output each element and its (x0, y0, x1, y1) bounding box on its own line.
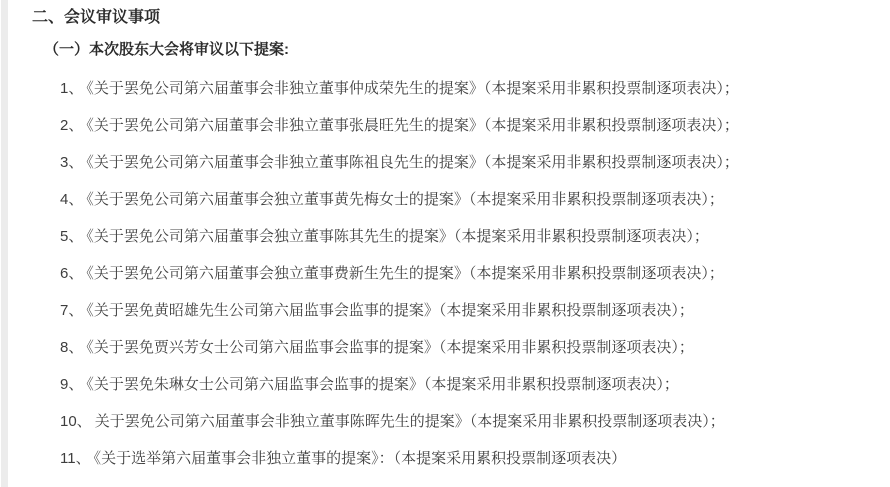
proposal-item-6: 6、《关于罢免公司第六届董事会独立董事费新生先生的提案》（本提案采用非累积投票制… (60, 265, 890, 282)
proposal-number: 3、 (60, 154, 83, 171)
proposal-item-4: 4、《关于罢免公司第六届董事会独立董事黄先梅女士的提案》（本提案采用非累积投票制… (60, 191, 890, 208)
proposal-number: 7、 (60, 302, 83, 319)
proposal-number: 10、 (60, 413, 92, 430)
proposal-text: 《关于罢免黄昭雄先生公司第六届监事会监事的提案》（本提案采用非累积投票制逐项表决… (86, 302, 694, 319)
proposal-item-5: 5、《关于罢免公司第六届董事会独立董事陈其先生的提案》（本提案采用非累积投票制逐… (60, 228, 890, 245)
proposal-text: 《关于罢免公司第六届董事会独立董事黄先梅女士的提案》（本提案采用非累积投票制逐项… (86, 191, 724, 208)
proposal-text: 《关于罢免朱琳女士公司第六届监事会监事的提案》（本提案采用非累积投票制逐项表决）… (86, 376, 679, 393)
proposal-number: 11、 (60, 450, 91, 467)
proposal-text: 《关于罢免公司第六届董事会非独立董事仲成荣先生的提案》（本提案采用非累积投票制逐… (86, 80, 739, 97)
proposal-text: 关于罢免公司第六届董事会非独立董事陈晖先生的提案》（本提案采用非累积投票制逐项表… (95, 413, 725, 430)
proposal-item-7: 7、《关于罢免黄昭雄先生公司第六届监事会监事的提案》（本提案采用非累积投票制逐项… (60, 302, 890, 319)
proposal-text: 《关于罢免公司第六届董事会非独立董事张晨旺先生的提案》（本提案采用非累积投票制逐… (86, 117, 739, 134)
subsection-title: （一）本次股东大会将审议以下提案: (44, 41, 890, 58)
proposal-number: 9、 (60, 376, 83, 393)
proposal-number: 4、 (60, 191, 83, 208)
proposal-text: 《关于罢免公司第六届董事会独立董事费新生先生的提案》（本提案采用非累积投票制逐项… (86, 265, 724, 282)
proposal-item-9: 9、《关于罢免朱琳女士公司第六届监事会监事的提案》（本提案采用非累积投票制逐项表… (60, 376, 890, 393)
proposal-item-11: 11、《关于选举第六届董事会非独立董事的提案》：（本提案采用累积投票制逐项表决） (60, 450, 890, 467)
proposal-text: 《关于罢免贾兴芳女士公司第六届监事会监事的提案》（本提案采用非累积投票制逐项表决… (86, 339, 694, 356)
proposal-item-2: 2、《关于罢免公司第六届董事会非独立董事张晨旺先生的提案》（本提案采用非累积投票… (60, 117, 890, 134)
proposal-number: 2、 (60, 117, 83, 134)
proposal-item-1: 1、《关于罢免公司第六届董事会非独立董事仲成荣先生的提案》（本提案采用非累积投票… (60, 80, 890, 97)
proposal-list: 1、《关于罢免公司第六届董事会非独立董事仲成荣先生的提案》（本提案采用非累积投票… (60, 80, 890, 467)
proposal-item-8: 8、《关于罢免贾兴芳女士公司第六届监事会监事的提案》（本提案采用非累积投票制逐项… (60, 339, 890, 356)
proposal-item-10: 10、关于罢免公司第六届董事会非独立董事陈晖先生的提案》（本提案采用非累积投票制… (60, 413, 890, 430)
proposal-number: 8、 (60, 339, 83, 356)
document-page: 二、会议审议事项 （一）本次股东大会将审议以下提案: 1、《关于罢免公司第六届董… (32, 9, 890, 487)
proposal-number: 1、 (60, 80, 83, 97)
proposal-text: 《关于选举第六届董事会非独立董事的提案》：（本提案采用累积投票制逐项表决） (94, 450, 627, 467)
proposal-number: 5、 (60, 228, 83, 245)
proposal-text: 《关于罢免公司第六届董事会独立董事陈其先生的提案》（本提案采用非累积投票制逐项表… (86, 228, 709, 245)
document-viewport: 二、会议审议事项 （一）本次股东大会将审议以下提案: 1、《关于罢免公司第六届董… (0, 0, 890, 487)
proposal-item-3: 3、《关于罢免公司第六届董事会非独立董事陈祖良先生的提案》（本提案采用非累积投票… (60, 154, 890, 171)
left-edge-gutter (1, 0, 8, 487)
section-title: 二、会议审议事项 (32, 9, 890, 27)
proposal-number: 6、 (60, 265, 83, 282)
proposal-text: 《关于罢免公司第六届董事会非独立董事陈祖良先生的提案》（本提案采用非累积投票制逐… (86, 154, 739, 171)
